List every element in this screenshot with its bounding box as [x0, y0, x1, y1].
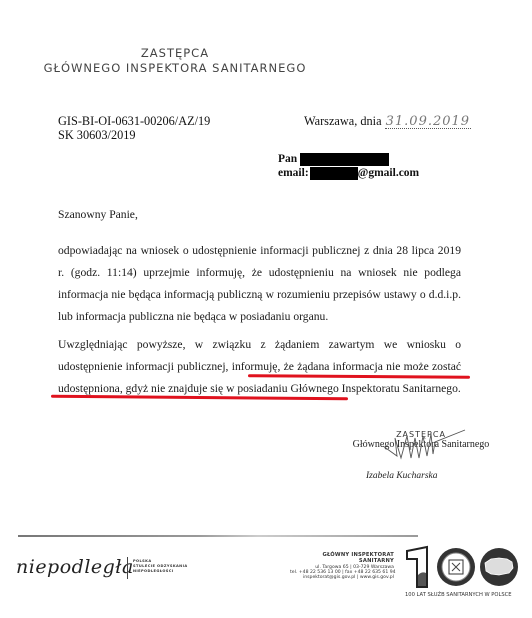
institution-contact: GŁÓWNY INSPEKTORAT SANITARNY ul. Targowa…	[290, 552, 394, 580]
handwritten-date: 31.09.2019	[386, 114, 470, 129]
institution-email-link[interactable]: inspektorat@gis.gov.pl | www.gis.gov.pl	[290, 575, 394, 580]
letterhead-title: ZASTĘPCA	[40, 46, 310, 60]
logo-caption: POLSKA STULECIE ODZYSKANIA NIEPODLEGŁOŚC…	[133, 559, 188, 574]
anniversary-caption: 100 LAT SŁUŻB SANITARNYCH W POLSCE	[405, 592, 530, 598]
paragraph-2: Uwzględniając powyższe, w związku z żąda…	[58, 334, 461, 400]
recipient-block: Pan email:@gmail.com	[278, 152, 419, 180]
niepodlegla-logo: niepodległa	[16, 556, 134, 578]
anniversary-100-logo	[405, 545, 521, 589]
redacted-name	[300, 153, 389, 166]
sk-number: SK 30603/2019	[58, 128, 210, 142]
logo-divider	[127, 557, 128, 579]
salutation: Szanowny Panie,	[58, 204, 138, 226]
letterhead: ZASTĘPCA GŁÓWNEGO INSPEKTORA SANITARNEGO	[40, 46, 310, 75]
signatory-name: Izabela Kucharska	[366, 471, 438, 481]
recipient-email-domain: @gmail.com	[358, 167, 419, 179]
date-prefix: Warszawa, dnia	[304, 114, 382, 128]
institution-name: GŁÓWNY INSPEKTORAT SANITARNY	[290, 552, 394, 564]
paragraph-1: odpowiadając na wniosek o udostępnienie …	[58, 240, 461, 328]
case-number: GIS-BI-OI-0631-00206/AZ/19	[58, 114, 210, 128]
redacted-email	[310, 167, 358, 180]
reference-block: GIS-BI-OI-0631-00206/AZ/19 SK 30603/2019	[58, 114, 210, 142]
letterhead-subtitle: GŁÓWNEGO INSPEKTORA SANITARNEGO	[40, 61, 310, 75]
footer-divider	[18, 535, 418, 537]
handwritten-signature	[375, 428, 475, 464]
recipient-name-label: Pan	[278, 153, 297, 165]
date-line: Warszawa, dnia 31.09.2019	[304, 114, 471, 129]
recipient-email-label: email:	[278, 167, 309, 179]
